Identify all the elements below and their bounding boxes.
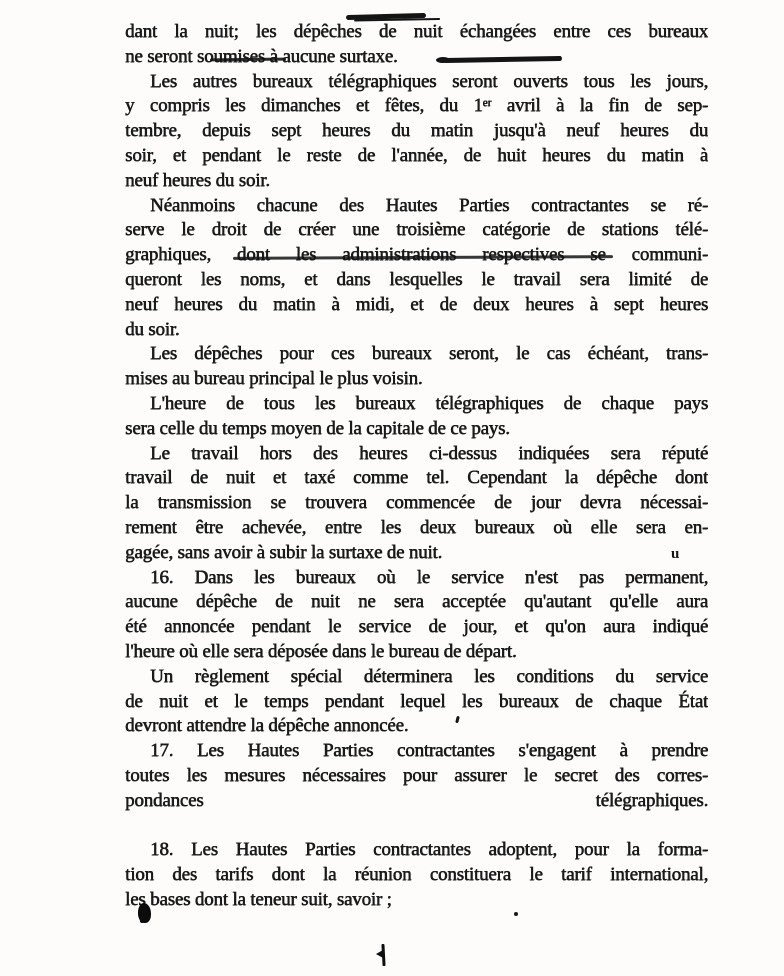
text-line: 18. Les Hautes Parties contractantes ado… (125, 838, 708, 863)
text-line: neuf heures du matin à midi, et de deux … (125, 293, 708, 318)
text-line: les bases dont la teneur suit, savoir ; (125, 888, 708, 913)
text-line: neuf heures du soir. (125, 169, 708, 194)
paragraph: 16. Dans les bureaux où le service n'est… (125, 566, 708, 665)
paragraph: Néanmoins chacune des Hautes Parties con… (125, 194, 708, 343)
text-line: 17. Les Hautes Parties contractantes s'e… (125, 739, 708, 764)
text-line: la transmission se trouvera commencée de… (125, 491, 708, 516)
text-line: Un règlement spécial déterminera les con… (125, 665, 708, 690)
ink-dot (514, 912, 518, 916)
text-line: de nuit et le temps pendant lequel les b… (125, 690, 708, 715)
text-line: travail de nuit et taxé comme tel. Cepen… (125, 466, 708, 491)
page-text-block: dant la nuit; les dépêches de nuit échan… (125, 20, 708, 913)
paragraph: Les autres bureaux télégraphiques seront… (125, 70, 708, 194)
text-line: pondances télégraphiques. (125, 789, 708, 814)
text-line: 16. Dans les bureaux où le service n'est… (125, 566, 708, 591)
text-line (125, 814, 708, 839)
paragraph: Le travail hors des heures ci-dessus ind… (125, 442, 708, 566)
paragraph: dant la nuit; les dépêches de nuit échan… (125, 20, 708, 70)
paragraph: Un règlement spécial déterminera les con… (125, 665, 708, 739)
text-line: Les dépêches pour ces bureaux seront, le… (125, 342, 708, 367)
text-line: sera celle du temps moyen de la capitale… (125, 417, 708, 442)
text-line: l'heure où elle sera déposée dans le bur… (125, 640, 708, 665)
text-line: tembre, depuis sept heures du matin jusq… (125, 119, 708, 144)
text-line: Néanmoins chacune des Hautes Parties con… (125, 194, 708, 219)
ink-mark-flag (376, 950, 383, 958)
bottom-center-ink-mark (378, 944, 388, 968)
text-line: Le travail hors des heures ci-dessus ind… (125, 442, 708, 467)
text-line: du soir. (125, 318, 708, 343)
text-line: queront les noms, et dans lesquelles le … (125, 268, 708, 293)
text-line: soir, et pendant le reste de l'année, de… (125, 144, 708, 169)
text-line: tion des tarifs dont la réunion constitu… (125, 863, 708, 888)
paragraph: 17. Les Hautes Parties contractantes s'e… (125, 739, 708, 838)
text-line: rement être achevée, entre les deux bure… (125, 516, 708, 541)
text-line: dant la nuit; les dépêches de nuit échan… (125, 20, 708, 45)
text-line: toutes les mesures nécessaires pour assu… (125, 764, 708, 789)
text-line: serve le droit de créer une troisième ca… (125, 218, 708, 243)
ink-blot-bottom-left (138, 903, 151, 923)
text-line: mises au bureau principal le plus voisin… (125, 367, 708, 392)
stray-letter-u-mark: u (671, 546, 687, 562)
text-line: devront attendre la dépêche annoncée. (125, 714, 708, 739)
text-line: L'heure de tous les bureaux télégraphiqu… (125, 392, 708, 417)
scanned-document-page: dant la nuit; les dépêches de nuit échan… (0, 0, 784, 976)
text-line: ne seront soumises à aucune surtaxe. (125, 45, 708, 70)
text-line: y compris les dimanches et fêtes, du 1ᵉʳ… (125, 94, 708, 119)
text-line: Les autres bureaux télégraphiques seront… (125, 70, 708, 95)
text-line: gagée, sans avoir à subir la surtaxe de … (125, 541, 708, 566)
paragraph: Les dépêches pour ces bureaux seront, le… (125, 342, 708, 392)
text-line: aucune dépêche de nuit ne sera acceptée … (125, 590, 708, 615)
paragraph: L'heure de tous les bureaux télégraphiqu… (125, 392, 708, 442)
paragraph: 18. Les Hautes Parties contractantes ado… (125, 838, 708, 912)
ink-smear-overline (346, 13, 426, 20)
text-line: été annoncée pendant le service de jour,… (125, 615, 708, 640)
